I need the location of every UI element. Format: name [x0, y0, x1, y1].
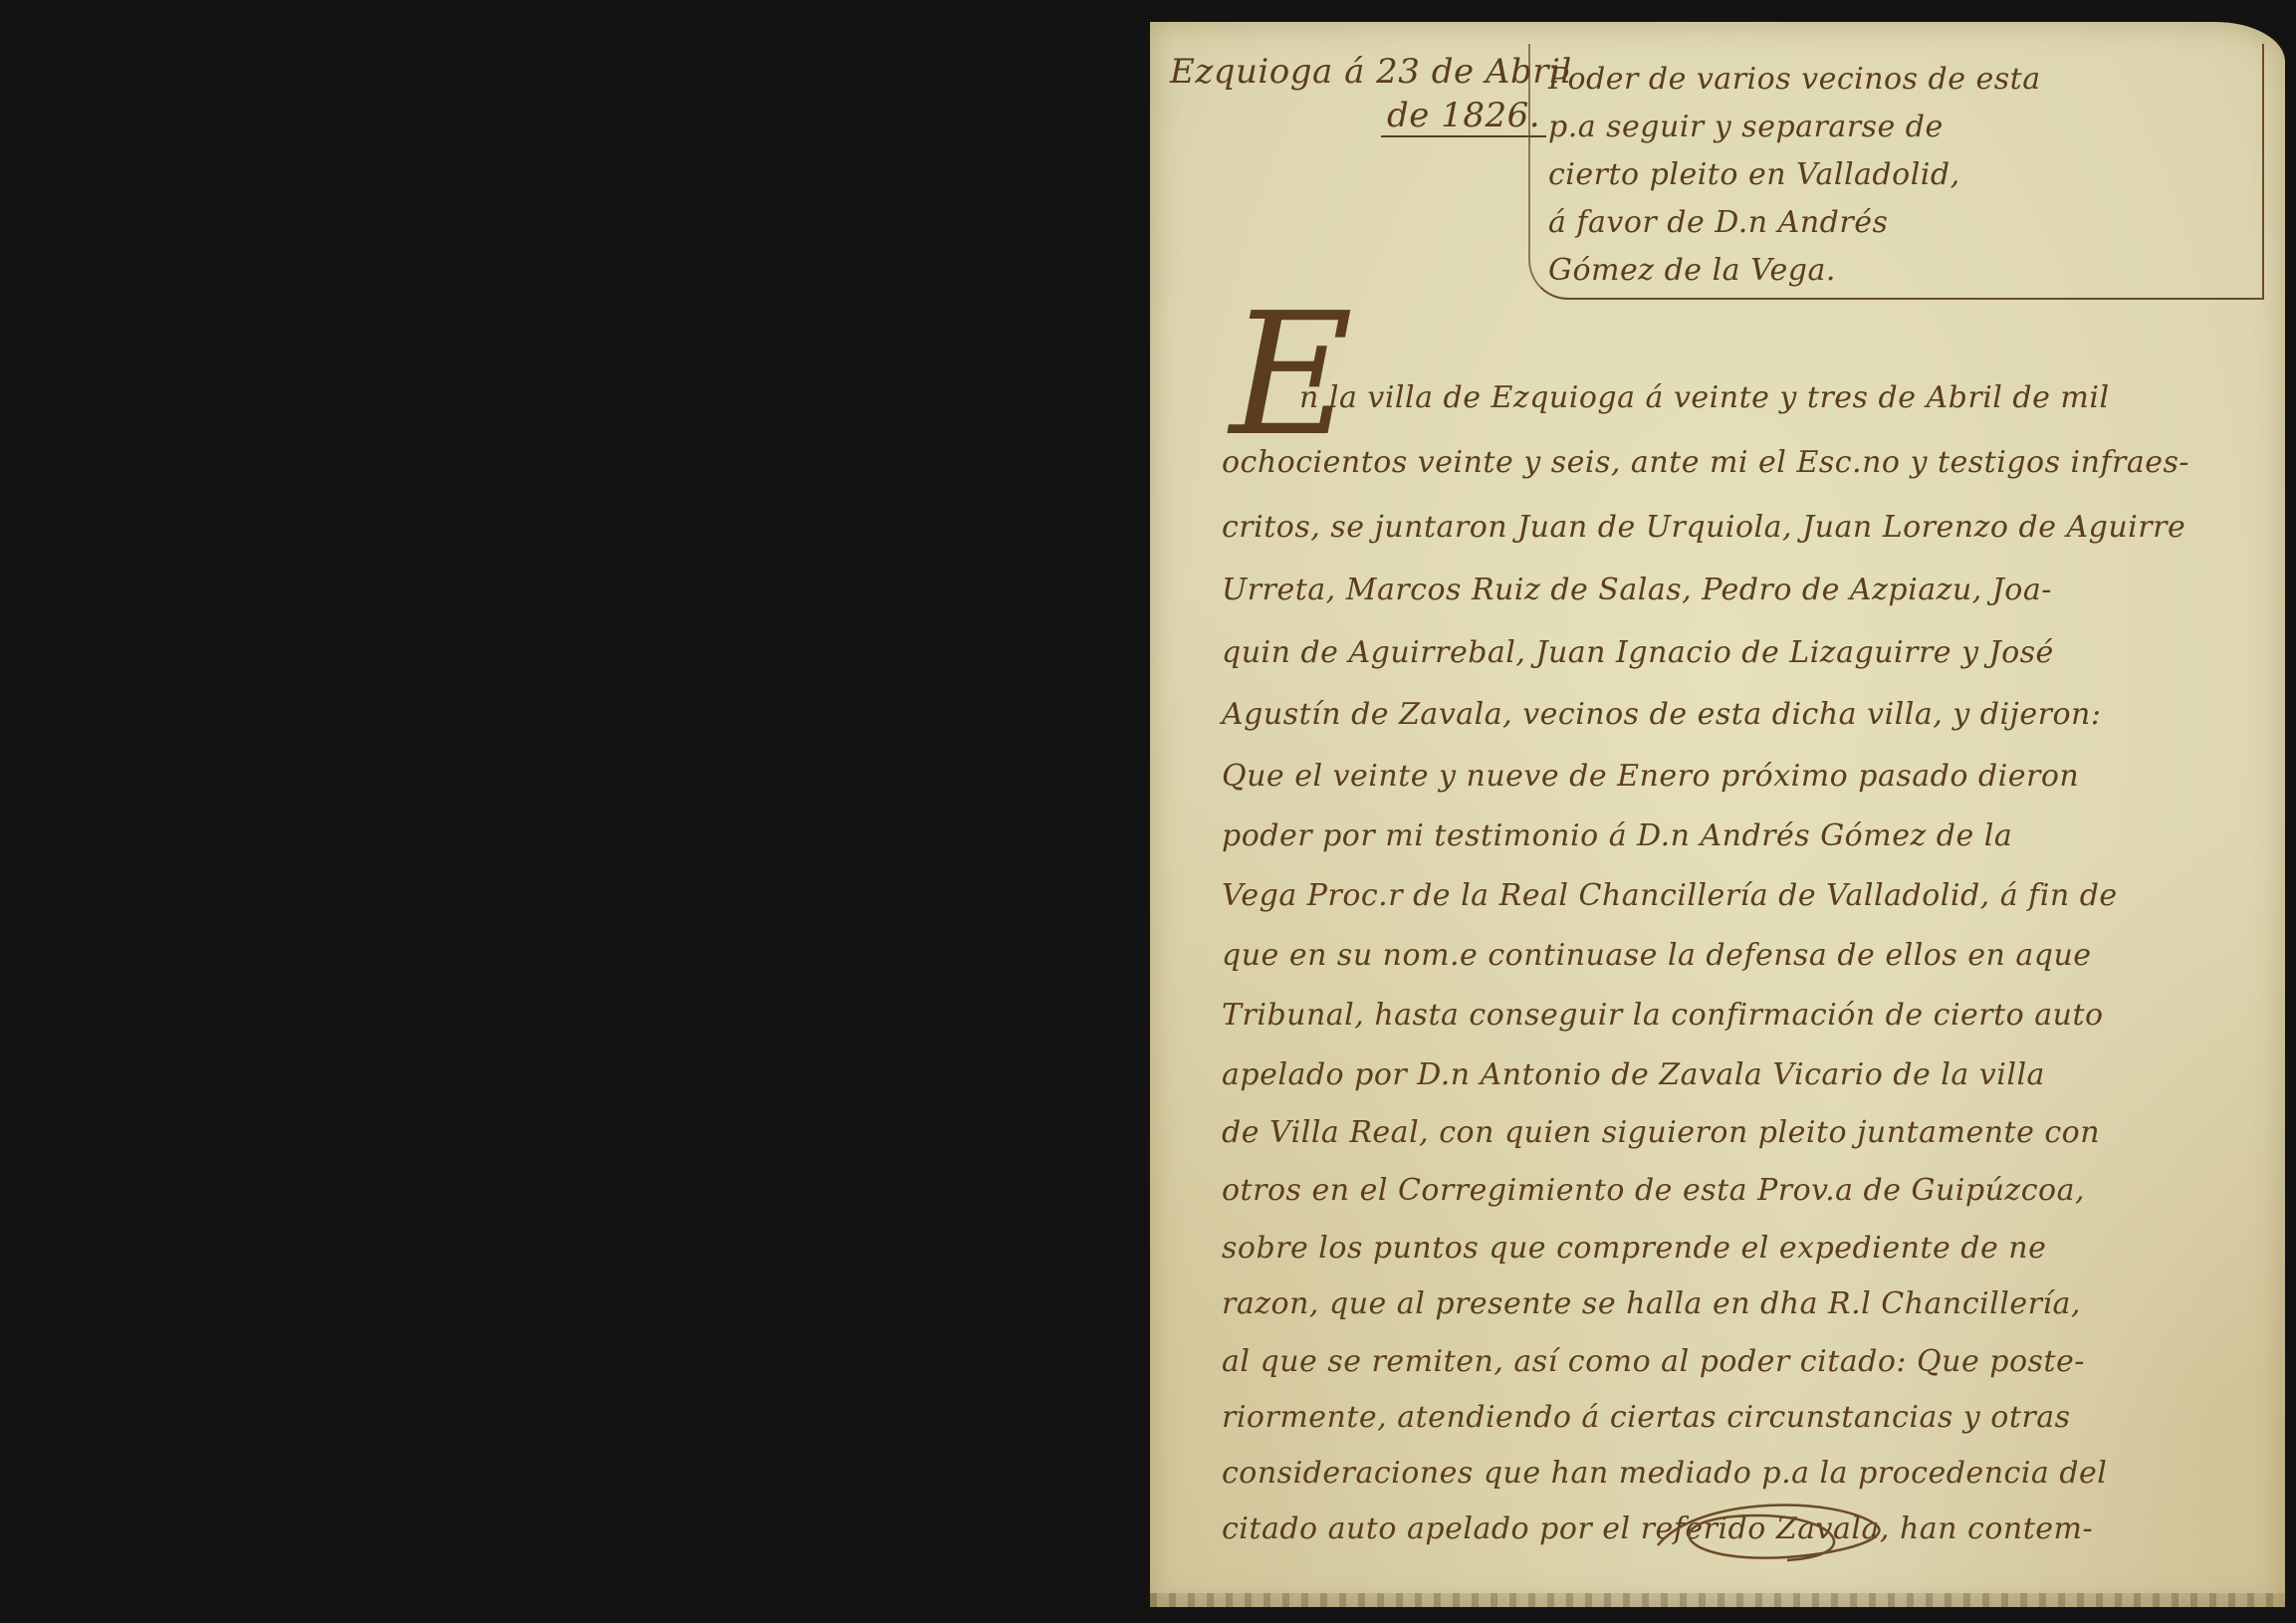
body-line: ochocientos veinte y seis, ante mi el Es… [1222, 445, 2189, 480]
body-line: al que se remiten, así como al poder cit… [1222, 1344, 2085, 1379]
body-line: sobre los puntos que comprende el expedi… [1222, 1231, 2046, 1266]
body-line: Urreta, Marcos Ruiz de Salas, Pedro de A… [1222, 573, 2052, 607]
body-line: apelado por D.n Antonio de Zavala Vicari… [1222, 1057, 2045, 1092]
body-line: riormente, atendiendo á ciertas circunst… [1222, 1400, 2071, 1435]
margin-note-line: cierto pleito en Valladolid, [1548, 157, 1960, 192]
body-line: Tribunal, hasta conseguir la confirmació… [1222, 998, 2104, 1033]
body-line: que en su nom.e continuase la defensa de… [1222, 938, 2092, 973]
margin-note-line: Gómez de la Vega. [1548, 253, 1836, 288]
body-line: otros en el Corregimiento de esta Prov.a… [1222, 1173, 2085, 1208]
header-place-date: Ezquioga á 23 de Abril [1170, 52, 1572, 92]
margin-note-line: p.a seguir y separarse de [1548, 110, 1944, 144]
body-line: Vega Proc.r de la Real Chancillería de V… [1222, 878, 2118, 913]
header-year: de 1826. [1381, 96, 1546, 137]
body-line: Agustín de Zavala, vecinos de esta dicha… [1222, 697, 2101, 732]
body-line: Que el veinte y nueve de Enero próximo p… [1222, 759, 2079, 794]
drop-cap-letter: E [1230, 291, 1353, 460]
body-line: razon, que al presente se halla en dha R… [1222, 1286, 2081, 1321]
body-line: poder por mi testimonio á D.n Andrés Góm… [1222, 818, 2012, 853]
body-line: critos, se juntaron Juan de Urquiola, Ju… [1222, 510, 2185, 545]
margin-note-line: Poder de varios vecinos de esta [1548, 62, 2041, 97]
margin-note-line: á favor de D.n Andrés [1548, 205, 1888, 240]
margin-note-box: Poder de varios vecinos de esta p.a segu… [1528, 44, 2264, 300]
body-line: de Villa Real, con quien siguieron pleit… [1222, 1115, 2100, 1150]
flourish-rubric-icon [1638, 1486, 1897, 1575]
manuscript-page: Ezquioga á 23 de Abril de 1826. Poder de… [1150, 22, 2285, 1607]
body-line: n la villa de Ezquioga á veinte y tres d… [1299, 380, 2110, 415]
body-line: quin de Aguirrebal, Juan Ignacio de Liza… [1222, 635, 2054, 670]
document-viewer: Ezquioga á 23 de Abril de 1826. Poder de… [0, 0, 2296, 1623]
